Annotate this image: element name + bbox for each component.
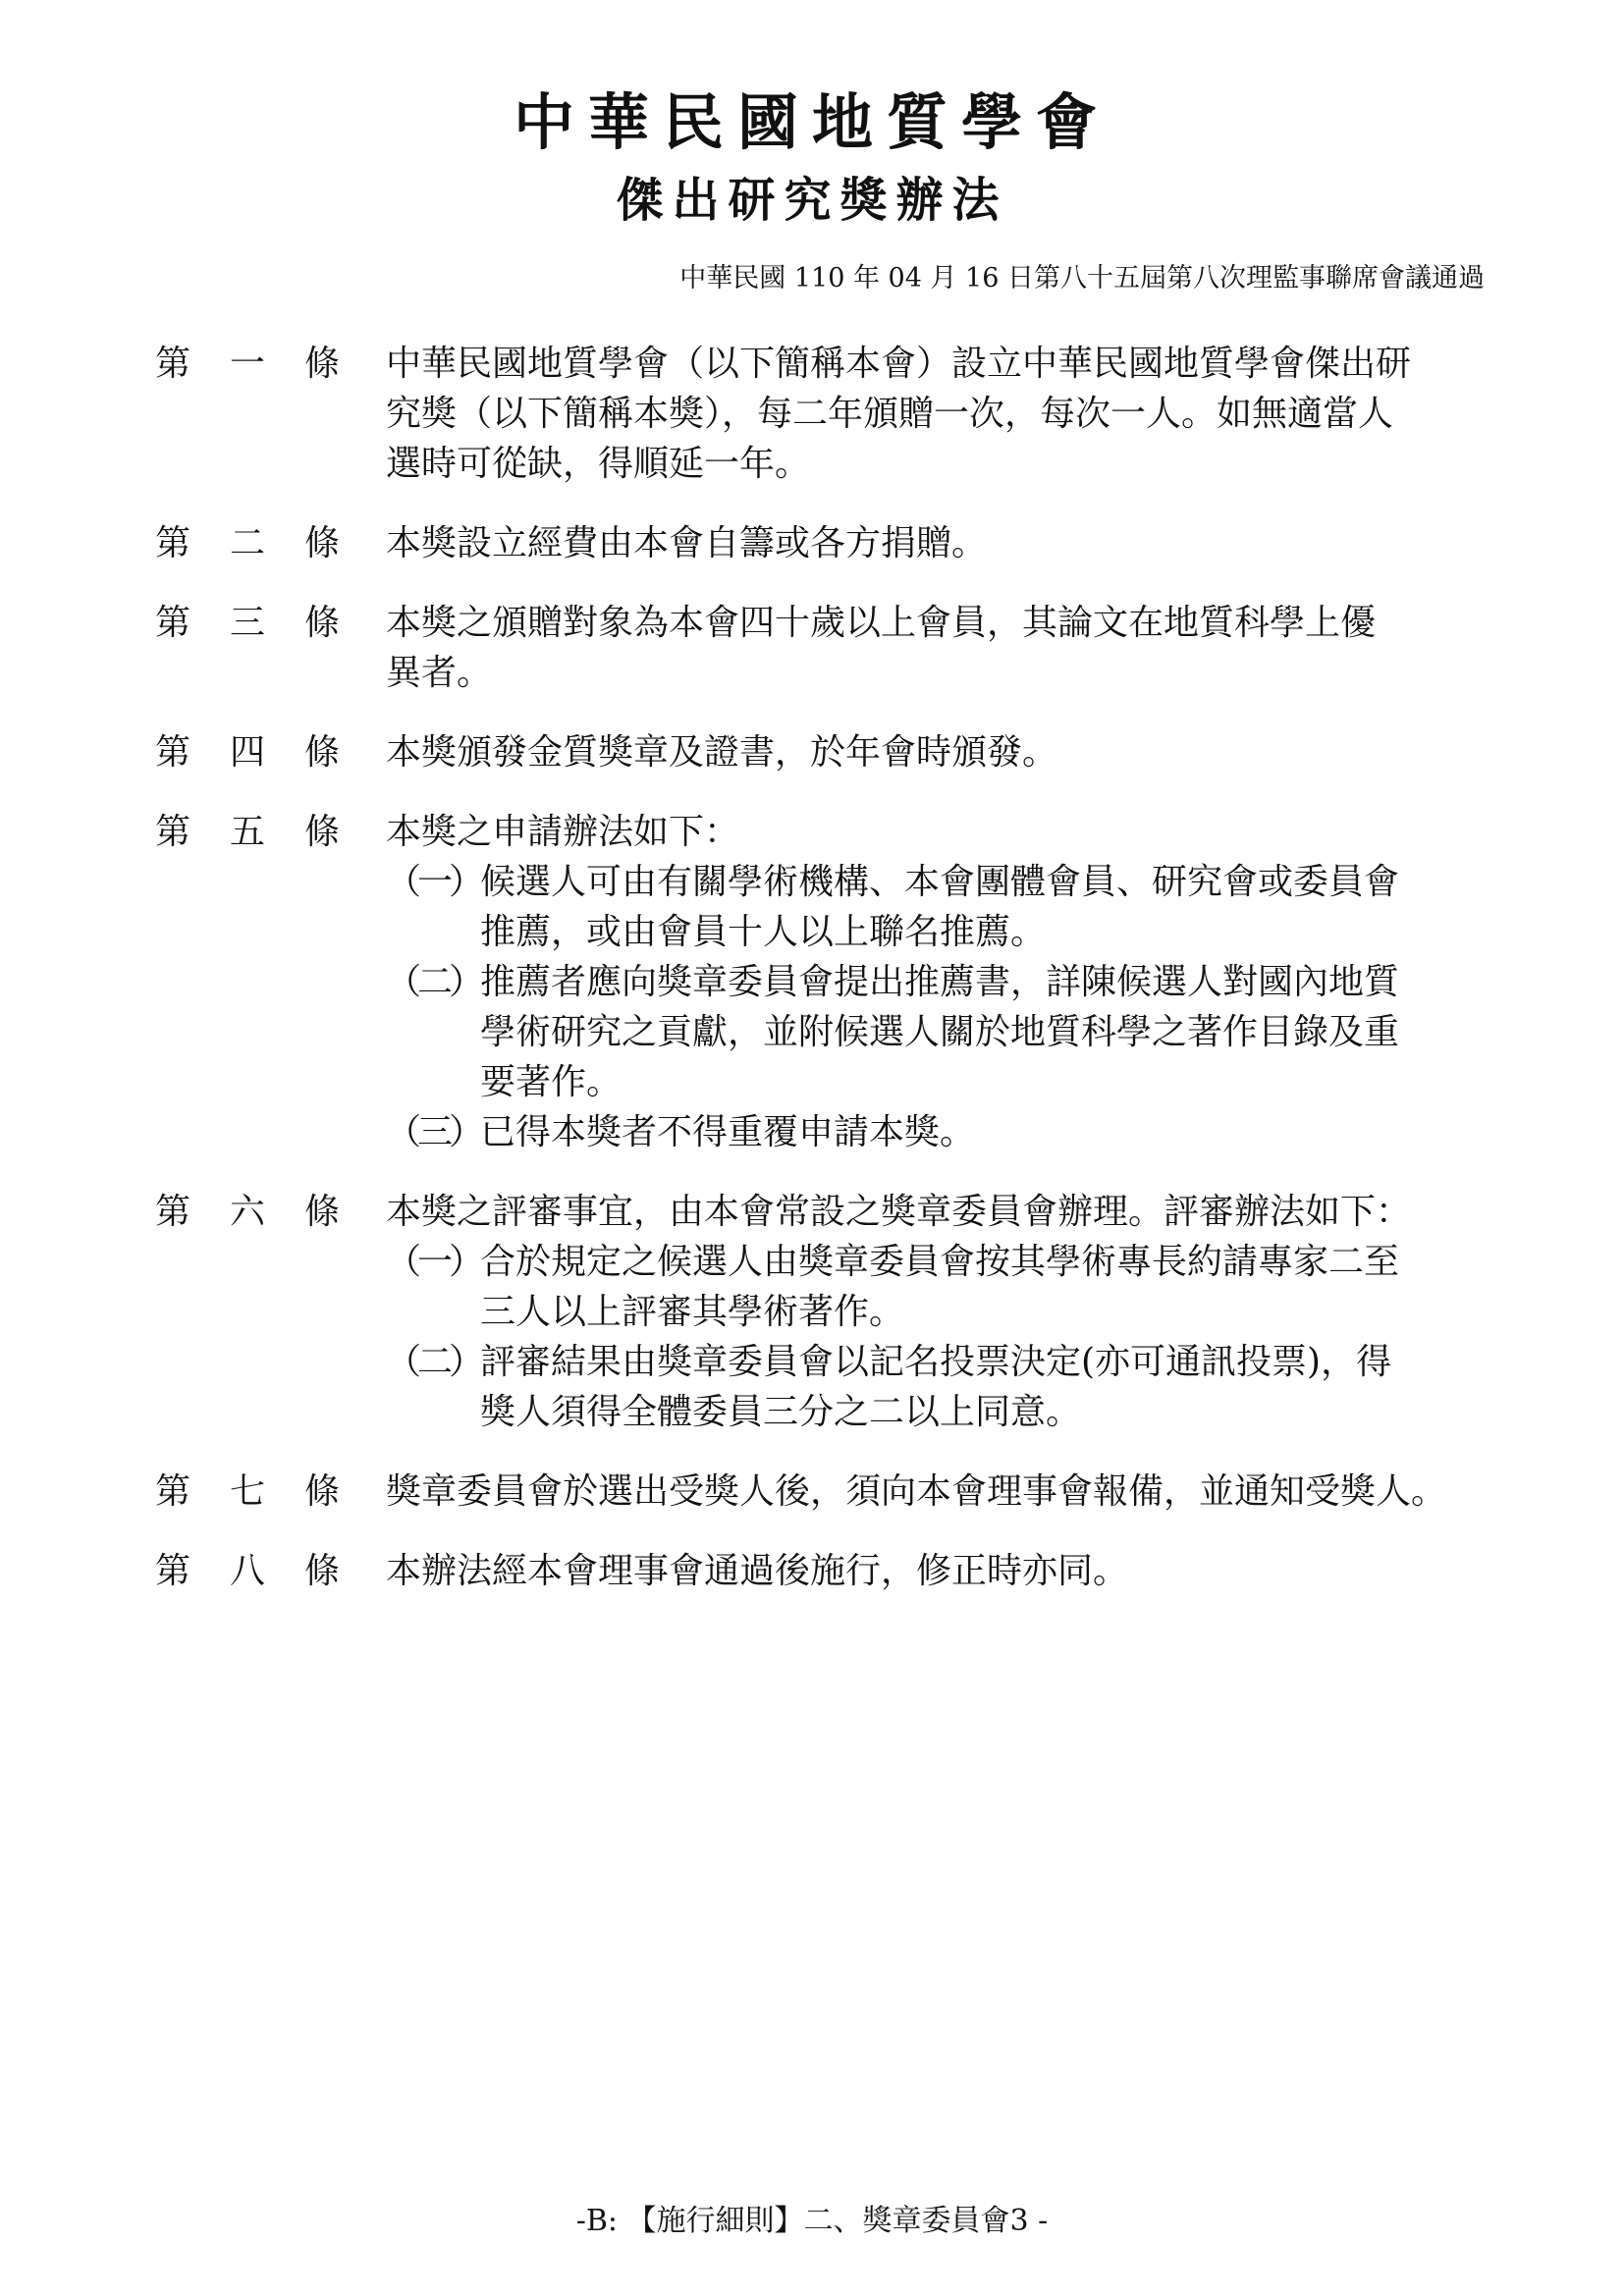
article-suffix: 條: [304, 727, 340, 777]
list-item-marker: （一）: [386, 857, 480, 907]
article-suffix: 條: [304, 339, 340, 389]
article-suffix: 條: [304, 1546, 340, 1596]
article-prefix: 第: [155, 727, 190, 777]
article-prefix: 第: [155, 1467, 190, 1517]
list-item-marker: （二）: [386, 1337, 480, 1387]
article-body: 本辦法經本會理事會通過後施行，修正時亦同。: [386, 1546, 1506, 1596]
list-item: （二）推薦者應向獎章委員會提出推薦書，詳陳候選人對國內地質學術研究之貢獻，並附候…: [386, 957, 1506, 1107]
item-text-line: 獎人須得全體委員三分之二以上同意。: [480, 1387, 1506, 1437]
document-title: 中華民國地質學會: [0, 0, 1624, 159]
document-header: 中華民國地質學會 傑出研究獎辦法 中華民國 110 年 04 月 16 日第八十…: [0, 0, 1624, 295]
item-text-line: 合於規定之候選人由獎章委員會按其學術專長約請專家二至: [480, 1237, 1506, 1287]
article-row: 第六條本獎之評審事宜，由本會常設之獎章委員會辦理。評審辦法如下：（一）合於規定之…: [155, 1187, 1506, 1437]
item-text-line: 已得本獎者不得重覆申請本獎。: [480, 1107, 1506, 1157]
article-body: 獎章委員會於選出受獎人後，須向本會理事會報備，並通知受獎人。: [386, 1467, 1506, 1517]
article-text-line: 選時可從缺，得順延一年。: [386, 439, 1506, 489]
article-prefix: 第: [155, 1546, 190, 1596]
article-suffix: 條: [304, 1467, 340, 1517]
item-text-line: 要著作。: [480, 1057, 1506, 1107]
article-row: 第四條本獎頒發金質獎章及證書，於年會時頒發。: [155, 727, 1506, 777]
article-number: 六: [230, 1187, 265, 1237]
article-label: 第一條: [155, 339, 340, 389]
item-text-line: 學術研究之貢獻，並附候選人關於地質科學之著作目錄及重: [480, 1007, 1506, 1057]
list-item: （三）已得本獎者不得重覆申請本獎。: [386, 1107, 1506, 1157]
item-text-line: 三人以上評審其學術著作。: [480, 1287, 1506, 1337]
article-body: 本獎之申請辦法如下：（一）候選人可由有關學術機構、本會團體會員、研究會或委員會推…: [386, 807, 1506, 1157]
article-number: 四: [230, 727, 265, 777]
article-number: 八: [230, 1546, 265, 1596]
article-number: 三: [230, 598, 265, 648]
article-number: 一: [230, 339, 265, 389]
list-item-marker: （一）: [386, 1237, 480, 1287]
articles: 第一條中華民國地質學會（以下簡稱本會）設立中華民國地質學會傑出研究獎（以下簡稱本…: [0, 339, 1624, 1596]
article-label: 第四條: [155, 727, 340, 777]
approval-date-line: 中華民國 110 年 04 月 16 日第八十五屆第八次理監事聯席會議通過: [0, 261, 1624, 295]
article-prefix: 第: [155, 339, 190, 389]
article-body: 本獎頒發金質獎章及證書，於年會時頒發。: [386, 727, 1506, 777]
article-prefix: 第: [155, 807, 190, 857]
item-text-line: 推薦者應向獎章委員會提出推薦書，詳陳候選人對國內地質: [480, 957, 1506, 1007]
article-suffix: 條: [304, 1187, 340, 1237]
article-row: 第七條獎章委員會於選出受獎人後，須向本會理事會報備，並通知受獎人。: [155, 1467, 1506, 1517]
article-body: 本獎設立經費由本會自籌或各方捐贈。: [386, 518, 1506, 568]
list-item: （二）評審結果由獎章委員會以記名投票決定(亦可通訊投票)，得獎人須得全體委員三分…: [386, 1337, 1506, 1437]
list-item-text: 推薦者應向獎章委員會提出推薦書，詳陳候選人對國內地質學術研究之貢獻，並附候選人關…: [480, 957, 1506, 1107]
article-text-line: 本獎之頒贈對象為本會四十歲以上會員，其論文在地質科學上優: [386, 598, 1506, 648]
item-text-line: 候選人可由有關學術機構、本會團體會員、研究會或委員會: [480, 857, 1506, 907]
list-item-text: 候選人可由有關學術機構、本會團體會員、研究會或委員會推薦，或由會員十人以上聯名推…: [480, 857, 1506, 957]
article-text-line: 獎章委員會於選出受獎人後，須向本會理事會報備，並通知受獎人。: [386, 1467, 1506, 1517]
article-number: 七: [230, 1467, 265, 1517]
article-suffix: 條: [304, 807, 340, 857]
article-number: 五: [230, 807, 265, 857]
item-text-line: 推薦，或由會員十人以上聯名推薦。: [480, 907, 1506, 957]
article-label: 第三條: [155, 598, 340, 648]
article-suffix: 條: [304, 598, 340, 648]
item-text-line: 評審結果由獎章委員會以記名投票決定(亦可通訊投票)，得: [480, 1337, 1506, 1387]
article-text-line: 究獎（以下簡稱本獎），每二年頒贈一次，每次一人。如無適當人: [386, 389, 1506, 439]
article-prefix: 第: [155, 518, 190, 568]
list-item-text: 已得本獎者不得重覆申請本獎。: [480, 1107, 1506, 1157]
list-item-text: 合於規定之候選人由獎章委員會按其學術專長約請專家二至三人以上評審其學術著作。: [480, 1237, 1506, 1337]
article-suffix: 條: [304, 518, 340, 568]
page-footer: -B: 【施行細則】二、獎章委員會3 -: [0, 2196, 1624, 2239]
article-text-line: 本辦法經本會理事會通過後施行，修正時亦同。: [386, 1546, 1506, 1596]
article-text-line: 本獎設立經費由本會自籌或各方捐贈。: [386, 518, 1506, 568]
article-text-line: 本獎頒發金質獎章及證書，於年會時頒發。: [386, 727, 1506, 777]
article-prefix: 第: [155, 1187, 190, 1237]
article-label: 第七條: [155, 1467, 340, 1517]
list-item-marker: （三）: [386, 1107, 480, 1157]
list-item: （一）合於規定之候選人由獎章委員會按其學術專長約請專家二至三人以上評審其學術著作…: [386, 1237, 1506, 1337]
article-body: 中華民國地質學會（以下簡稱本會）設立中華民國地質學會傑出研究獎（以下簡稱本獎），…: [386, 339, 1506, 489]
list-item-marker: （二）: [386, 957, 480, 1007]
article-label: 第二條: [155, 518, 340, 568]
article-prefix: 第: [155, 598, 190, 648]
article-row: 第三條本獎之頒贈對象為本會四十歲以上會員，其論文在地質科學上優異者。: [155, 598, 1506, 698]
article-label: 第五條: [155, 807, 340, 857]
document-page: 中華民國地質學會 傑出研究獎辦法 中華民國 110 年 04 月 16 日第八十…: [0, 0, 1624, 2296]
article-body: 本獎之評審事宜，由本會常設之獎章委員會辦理。評審辦法如下：（一）合於規定之候選人…: [386, 1187, 1506, 1437]
article-body: 本獎之頒贈對象為本會四十歲以上會員，其論文在地質科學上優異者。: [386, 598, 1506, 698]
article-row: 第五條本獎之申請辦法如下：（一）候選人可由有關學術機構、本會團體會員、研究會或委…: [155, 807, 1506, 1157]
document-subtitle: 傑出研究獎辦法: [0, 173, 1624, 230]
article-row: 第一條中華民國地質學會（以下簡稱本會）設立中華民國地質學會傑出研究獎（以下簡稱本…: [155, 339, 1506, 489]
article-text-line: 異者。: [386, 648, 1506, 698]
article-row: 第八條本辦法經本會理事會通過後施行，修正時亦同。: [155, 1546, 1506, 1596]
list-item: （一）候選人可由有關學術機構、本會團體會員、研究會或委員會推薦，或由會員十人以上…: [386, 857, 1506, 957]
article-text-line: 本獎之申請辦法如下：: [386, 807, 1506, 857]
article-label: 第八條: [155, 1546, 340, 1596]
article-text-line: 中華民國地質學會（以下簡稱本會）設立中華民國地質學會傑出研: [386, 339, 1506, 389]
article-number: 二: [230, 518, 265, 568]
article-row: 第二條本獎設立經費由本會自籌或各方捐贈。: [155, 518, 1506, 568]
list-item-text: 評審結果由獎章委員會以記名投票決定(亦可通訊投票)，得獎人須得全體委員三分之二以…: [480, 1337, 1506, 1437]
article-text-line: 本獎之評審事宜，由本會常設之獎章委員會辦理。評審辦法如下：: [386, 1187, 1506, 1237]
article-label: 第六條: [155, 1187, 340, 1237]
